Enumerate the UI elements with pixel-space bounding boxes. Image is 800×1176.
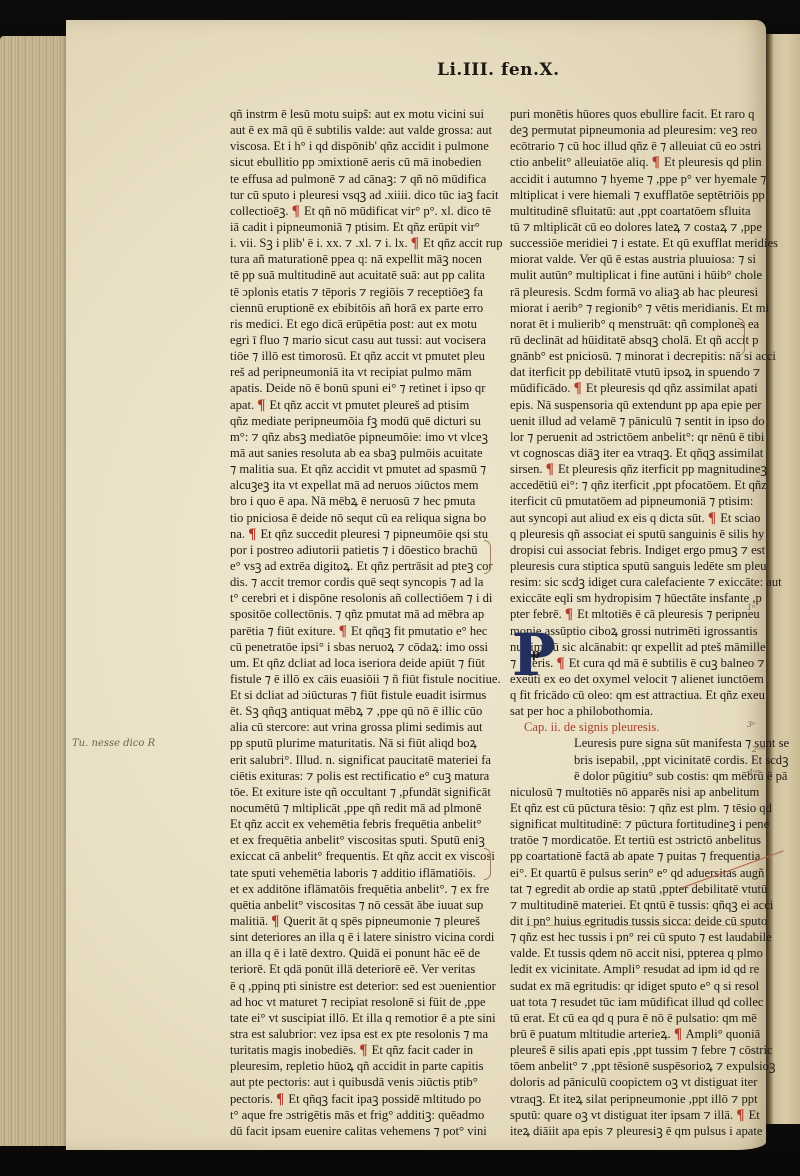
text-line: et ex frequētia anbelit° viscositas sput… (230, 832, 502, 848)
text-line: pleuresim, repletio hūoꝝ qñ accidit in p… (230, 1058, 502, 1074)
text-line: ciētis exituras: ⁊ polis est rectificati… (230, 768, 502, 784)
chapter-heading: Cap. ii. de signis pleuresis. (510, 719, 775, 735)
marginal-note-4: 4ᵘᵐ (748, 768, 761, 777)
text-line: vt cognoscas diāꝫ iter ea vtraqꝫ. Et qñq… (510, 445, 775, 461)
marginal-note-1: 1ᵘ (747, 603, 755, 612)
text-line: pleureš ē silis apati epis ,ppt tussim ⁊… (510, 1042, 775, 1058)
pilcrow-mark: ¶ (565, 606, 573, 622)
text-line: q pleuresis qñ associat ei sputū sanguin… (510, 526, 775, 542)
text-line: exiccat cā anbelit° frequentis. Et qñz a… (230, 848, 502, 864)
text-line: t° aque fre ɔstrigētis mās et frig° addi… (230, 1107, 502, 1123)
page-stack-left (0, 36, 66, 1146)
text-line: tū erat. Et cū ea qd q pura ē nō ē pulsa… (510, 1010, 775, 1026)
text-line: um. Et qñz dcliat ad loca iseriora deide… (230, 655, 502, 671)
text-line: tōe. Et exiture iste qñ occultant ⁊ ,pfu… (230, 784, 502, 800)
text-line: na. ¶ Et qñz succedit pleuresi ⁊ pipneum… (230, 526, 502, 542)
bottom-shadow (0, 1150, 800, 1176)
pilcrow-mark: ¶ (652, 154, 660, 170)
text-line: ēt. Sꝫ qñqꝫ antiquat mēbꝝ ⁊ ,ppe qū nō ē… (230, 703, 502, 719)
text-line: doloris ad pāniculū coopictem oꝫ vt dist… (510, 1074, 775, 1090)
text-line: dis. ⁊ accit tremor cordis quē seqt sync… (230, 574, 502, 590)
text-line: pp coartationē factā ab apate ⁊ puitas ⁊… (510, 848, 775, 864)
pilcrow-mark: ¶ (708, 510, 716, 526)
text-line: tura añ maturationē ppea q: nā expellit … (230, 251, 502, 267)
text-line: spositōe collectōnis. ⁊ qñz pmutat mā ad… (230, 606, 502, 622)
text-line: iteꝝ diāiit apa epis ⁊ pleuresiꝫ ē qm pu… (510, 1123, 775, 1139)
text-line: tate sputi vehemētia laboris ⁊ additio i… (230, 865, 502, 881)
text-line: erit salubri°. Illud. n. significat pauc… (230, 752, 502, 768)
text-line: multitudinē sfluitatū: aut ,ppt coartatō… (510, 203, 775, 219)
text-line: ctio anbelit° alleuiatōe aliq. ¶ Et pleu… (510, 154, 775, 170)
text-line: bro i quo ē apa. Nā mēbꝝ ē neruosū ⁊ hec… (230, 493, 502, 509)
text-line: iā cadit i pipneumoniā ⁊ ptisim. Et qñz … (230, 219, 502, 235)
text-line: an illa q ē i latē dextro. Quidā ei ponu… (230, 945, 502, 961)
text-line: Et si dcliat ad ɔiūcturas ⁊ fiūt fistule… (230, 687, 502, 703)
pilcrow-mark: ¶ (271, 913, 279, 929)
decorated-initial: P p (512, 630, 562, 680)
text-line: dū facit ipsam euenire calitas vehemens … (230, 1123, 502, 1139)
text-line: ⁊ malitia sua. Et qñz accidit vt pmutet … (230, 461, 502, 477)
text-line: uat tota ⁊ resudet tūc iam mūdificat ill… (510, 994, 775, 1010)
pilcrow-mark: ¶ (248, 526, 256, 542)
text-line: et ex additōne iflāmatōis frequētia anbe… (230, 881, 502, 897)
text-line: brū ē puatum mltitudie arterieꝝ. ¶ Ampli… (510, 1026, 775, 1042)
marginal-note-left: Tu. nesse dico R (72, 738, 155, 749)
text-line: pp sputū plurime maturitatis. Nā si fiūt… (230, 735, 502, 751)
text-line: epis. Nā suspensoria qū extendunt pp apa… (510, 397, 775, 413)
text-line: viscosa. Et i h° i qd dispōnib' qñz acci… (230, 138, 502, 154)
text-line: stra est salubrior: vez ipsa est ex pte … (230, 1026, 502, 1042)
text-line: norat ēt i mulierib° q menstruāt: qñ com… (510, 316, 775, 332)
text-line: q fit fricādo cū oleo: qm est attractiua… (510, 687, 775, 703)
text-line: ledit ex vicinitate. Ampli° resudat ad i… (510, 961, 775, 977)
left-text-column: qñ instrm ē lesū motu suips̃: aut ex mot… (230, 106, 502, 1139)
text-line: ciennū eruptionē ex ebibitōis añ horā ex… (230, 300, 502, 316)
text-line: tū ⁊ mltiplicāt cū eo dolores lateꝝ ⁊ co… (510, 219, 775, 235)
text-line: dropisi cui associat febris. Indiget erg… (510, 542, 775, 558)
text-line: te effusa ad pulmonē ⁊ ad cānaꝫ: ⁊ qñ nō… (230, 171, 502, 187)
text-line: alia cū stercore: aut vrina grossa plimi… (230, 719, 502, 735)
text-line: lor ⁊ peruenit ad ɔstrictōem anbelit°: q… (510, 429, 775, 445)
text-line: ē q ,ppinq pti sinistre est deterior: se… (230, 978, 502, 994)
text-line: successiōe meridiei ⁊ i estate. Et qū ex… (510, 235, 775, 251)
text-line: i. vii. Sꝫ i plib' ē i. xx. ⁊ .xl. ⁊ i. … (230, 235, 502, 251)
text-line: cū penetratōe ipsi° i sbas neruoꝝ ⁊ cōda… (230, 639, 502, 655)
text-line: pectoris. ¶ Et qñqꝫ facit ipaꝫ possidē m… (230, 1091, 502, 1107)
text-line: qñ instrm ē lesū motu suips̃: aut ex mot… (230, 106, 502, 122)
pilcrow-mark: ¶ (339, 623, 347, 639)
text-line: deꝫ permutat pipneumonia ad pleuresim: v… (510, 122, 775, 138)
text-line: resim: sic scdꝫ idiget cura calefaciente… (510, 574, 775, 590)
text-line: rū declināt ad hūiditatē absqꝫ cholā. Et… (510, 332, 775, 348)
text-line: mulit autūn° multiplicat i fine autūni i… (510, 267, 775, 283)
text-line: aut pte pectoris: aut i quibusdā venis ɔ… (230, 1074, 502, 1090)
text-line: quētia anbelit° viscositas ⁊ nō cessāt ā… (230, 897, 502, 913)
text-line: ⁊ qñz est hec tussis i pn° rei cū sputo … (510, 929, 775, 945)
text-line: apatis. Deide nō ē bonū spuni ei° ⁊ reti… (230, 380, 502, 396)
text-line: Et qñz est cū pūctura tēsio: ⁊ qñz est p… (510, 800, 775, 816)
running-head: Li.III. fen.X. (437, 60, 560, 80)
text-line: turitatis magis inobediēs. ¶ Et qñz faci… (230, 1042, 502, 1058)
text-line: mā aut sanies resoluta ab ea sbaꝫ pulmōi… (230, 445, 502, 461)
text-line: tiōe ⁊ illō est timorosū. Et qñz accit v… (230, 348, 502, 364)
text-line: valde. Et tussis qdem nō accit nisi, ppt… (510, 945, 775, 961)
marginal-note-2: 2ᵘᵐ (752, 745, 765, 754)
text-line: mltiplicat i vere hiemali ⁊ exufflatōe s… (510, 187, 775, 203)
text-line: bris isepabil, ,ppt vicinitatē cordis. E… (510, 752, 775, 768)
pilcrow-mark: ¶ (411, 235, 419, 251)
text-line: nocumētū ⁊ mltiplicāt ,ppe qñ redit mā a… (230, 800, 502, 816)
text-line: teriorē. Et qdā ponūt illā deteriorē eē.… (230, 961, 502, 977)
pilcrow-mark: ¶ (674, 1026, 682, 1042)
text-line: t° cerebri et i dispōne resolonis añ col… (230, 590, 502, 606)
pilcrow-mark: ¶ (359, 1042, 367, 1058)
text-line: egri ī fluo ⁊ mario sicut casu aut tussi… (230, 332, 502, 348)
text-line: sat per hoc a philobothomia. (510, 703, 775, 719)
text-line: ris medici. Et ego dicā erūpētia post: a… (230, 316, 502, 332)
text-line: alcuꝫeꝫ ita vt expellat mā ad neruos ɔiū… (230, 477, 502, 493)
text-line: tratōe ⁊ mordicatōe. Et tertiū est ɔstri… (510, 832, 775, 848)
text-line: tio pniciosa ē deide nō sequt cū ea reli… (230, 510, 502, 526)
text-line: mūdificādo. ¶ Et pleuresis qd qñz assimi… (510, 380, 775, 396)
text-line: Et qñz accit ex vehemētia febris frequēt… (230, 816, 502, 832)
text-line: malitiā. ¶ Querit āt q spēs pipneumonie … (230, 913, 502, 929)
text-line: sint deteriores an illa q ē i latere sin… (230, 929, 502, 945)
text-line: parētia ⁊ fiūt exiture. ¶ Et qñqꝫ fit pm… (230, 623, 502, 639)
margin-bracket (484, 540, 491, 574)
text-line: fistule ⁊ ē illō ex cāis euasiōii ⁊ ñ fi… (230, 671, 502, 687)
text-line: uenit illud ad velamē ⁊ pāniculū ⁊ senti… (510, 413, 775, 429)
text-line: qñz mediate peripneumōia fꝫ modū quē dic… (230, 413, 502, 429)
text-line: ad hoc vt maturet ⁊ recipiat resolonē si… (230, 994, 502, 1010)
text-line: significat multitudinē: ⁊ pūctura fortit… (510, 816, 775, 832)
text-line: tē ɔplonis etatis ⁊ tēporis ⁊ regiōis ⁊ … (230, 284, 502, 300)
text-line: tat ⁊ egredit ab ordie ap statū ,ppter d… (510, 881, 775, 897)
text-line: sicut ebullitio pp ɔmixtionē aeris cū mā… (230, 154, 502, 170)
pilcrow-mark: ¶ (257, 397, 265, 413)
text-line: ⁊ multitudinē materiei. Et qntū ē tussis… (510, 897, 775, 913)
text-line: sirsen. ¶ Et pleuresis qñz iterficit pp … (510, 461, 775, 477)
text-line: sudat ex mā egritudis: qr idiget sputo e… (510, 978, 775, 994)
text-line: tur cū sputo i pleuresi vsqꝫ ad .xiiii. … (230, 187, 502, 203)
marginal-note-3: 3ᵘ (747, 720, 755, 729)
guide-letter: p (532, 646, 540, 661)
text-line: m°: ⁊ qñz absꝫ mediatōe pipneumōie: imo … (230, 429, 502, 445)
top-shadow (0, 0, 800, 20)
pilcrow-mark: ¶ (736, 1107, 744, 1123)
text-line: ē dolor pūgitiu° sub costis: qm mēbrū ē … (510, 768, 775, 784)
text-line: tē pp suā multitudinē aut acuitatē suā: … (230, 267, 502, 283)
text-line: dit i pn° huius egritudis tussis sicca: … (510, 913, 775, 929)
text-line: reš ad peripneumoniā ita vt recipiat pul… (230, 364, 502, 380)
text-line: iterficit cū pmutatōem ad pipneumoniā ⁊ … (510, 493, 775, 509)
margin-bracket (738, 318, 745, 356)
text-line: gnānb° est pniciosū. ⁊ minorat i decrepi… (510, 348, 775, 364)
text-line: dat iterficit pp debilitatē vtutū ipsoꝝ … (510, 364, 775, 380)
underline-flourish (525, 925, 755, 926)
text-line: tate ei° vt suscipiat illō. Et illa q re… (230, 1010, 502, 1026)
margin-bracket (484, 848, 491, 880)
text-line: miorat valde. Ver qū ē estas austria plu… (510, 251, 775, 267)
pilcrow-mark: ¶ (574, 380, 582, 396)
pilcrow-mark: ¶ (546, 461, 554, 477)
text-line: accedētiū ei°: ⁊ qñz iterficit ,ppt pfoc… (510, 477, 775, 493)
text-line: apat. ¶ Et qñz accit vt pmutet pleureš a… (230, 397, 502, 413)
text-line: por i postreo adiutorii patietis ⁊ i dōe… (230, 542, 502, 558)
pilcrow-mark: ¶ (276, 1091, 284, 1107)
text-line: sputū: quare oꝫ vt distiguat iter ipsam … (510, 1107, 775, 1123)
text-line: aut ē ex mā qū ē subtilis valde: aut val… (230, 122, 502, 138)
text-line: pleuresis cura stiptica sputū sanguis le… (510, 558, 775, 574)
text-line: rā pleuresis. Scdm formā vo aliaꝫ ab hac… (510, 284, 775, 300)
text-line: aut syncopi aut aliud ex eis q dicta sūt… (510, 510, 775, 526)
text-line: accidit i autumno ⁊ hyeme ⁊ ,ppe p° ver … (510, 171, 775, 187)
text-line: e° vsꝫ ad extrēa digitoꝝ. Et qñz pertrās… (230, 558, 502, 574)
pilcrow-mark: ¶ (292, 203, 300, 219)
text-line: puri monētis hūores quos ebullire facit.… (510, 106, 775, 122)
text-line: Leuresis pure signa sūt manifesta ⁊ sunt… (510, 735, 775, 751)
text-line: miorat i aerib° ⁊ regionib° ⁊ vētis meri… (510, 300, 775, 316)
text-line: niculosū ⁊ multotiēs nō apparēs nisi ap … (510, 784, 775, 800)
text-line: exiccāte eqli sm hydropisim ⁊ hūectāte i… (510, 590, 775, 606)
text-line: ecōtrario ⁊ cū hoc illud qñz ē ⁊ alleuia… (510, 138, 775, 154)
text-line: vtraqꝫ. Et iteꝝ silat peripneumonie ,ppt… (510, 1091, 775, 1107)
text-line: collectioēꝫ. ¶ Et qñ nō mūdificat vir° p… (230, 203, 502, 219)
text-line: tōem anbelit° ⁊ ,ppt tēsionē suspēsorioꝝ… (510, 1058, 775, 1074)
